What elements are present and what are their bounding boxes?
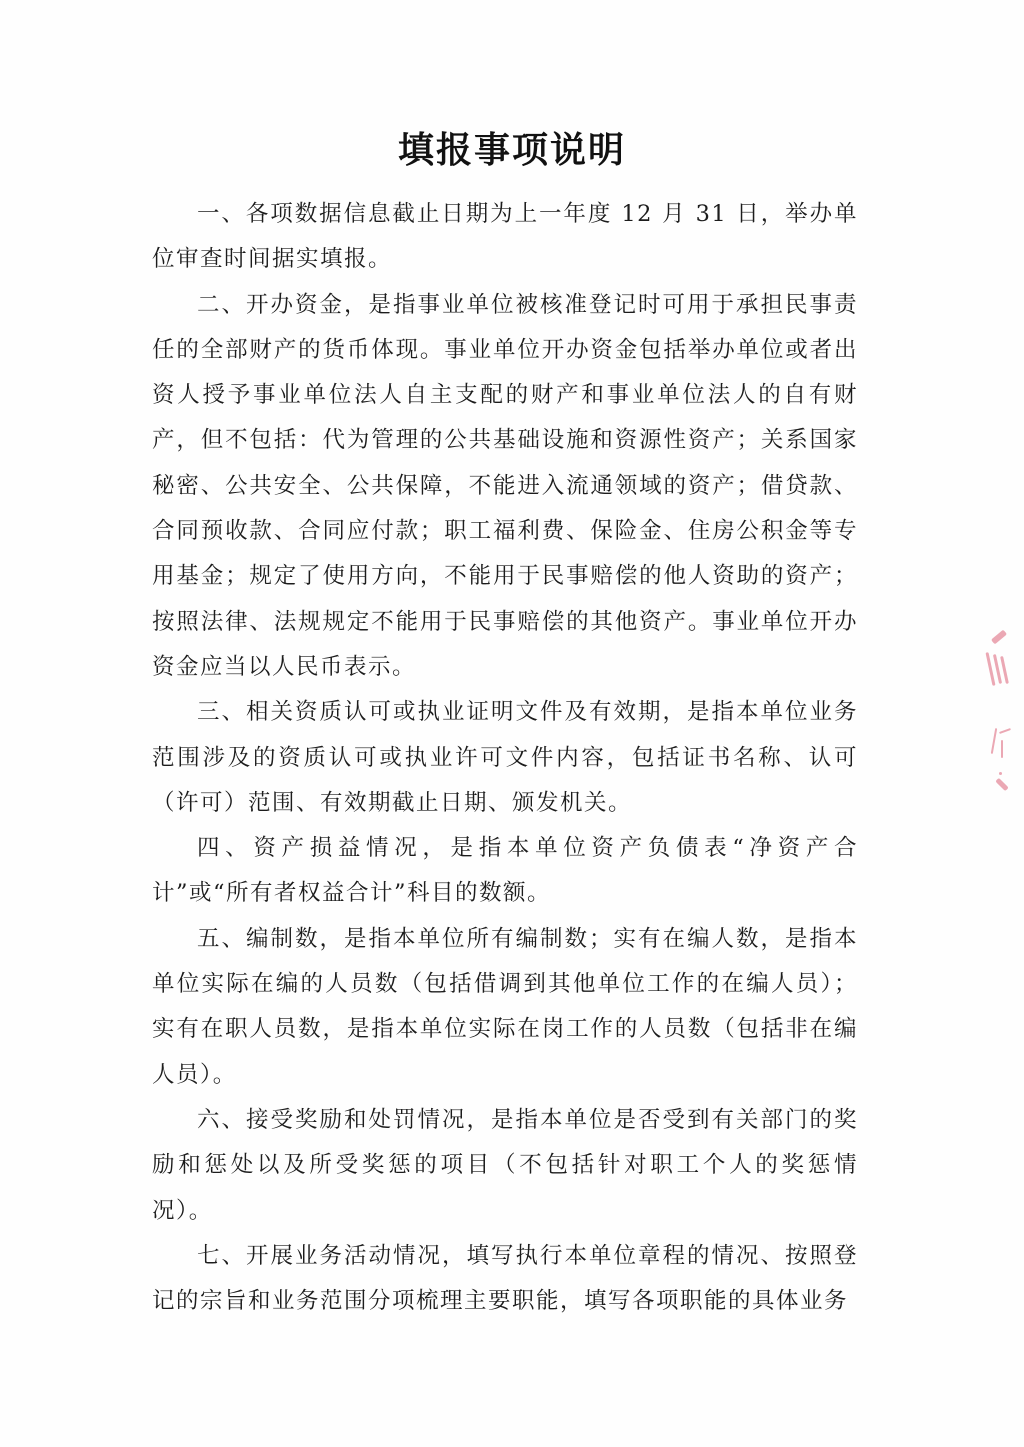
paragraph-3: 三、相关资质认可或执业证明文件及有效期，是指本单位业务范围涉及的资质认可或执业许… (152, 690, 858, 826)
paragraph-1: 一、各项数据信息截止日期为上一年度 12 月 31 日，举办单位审查时间据实填报… (152, 192, 858, 283)
paragraph-5: 五、编制数，是指本单位所有编制数；实有在编人数，是指本单位实际在编的人员数（包括… (152, 917, 858, 1098)
page-title: 填报事项说明 (0, 122, 1024, 173)
seal-stamp-edge-icon (985, 630, 1015, 795)
paragraph-2: 二、开办资金，是指事业单位被核准登记时可用于承担民事责任的全部财产的货币体现。事… (152, 283, 858, 691)
document-body: 一、各项数据信息截止日期为上一年度 12 月 31 日，举办单位审查时间据实填报… (152, 192, 858, 1324)
paragraph-4: 四、资产损益情况，是指本单位资产负债表“净资产合计”或“所有者权益合计”科目的数… (152, 826, 858, 917)
paragraph-7: 七、开展业务活动情况，填写执行本单位章程的情况、按照登记的宗旨和业务范围分项梳理… (152, 1234, 858, 1325)
paragraph-6: 六、接受奖励和处罚情况，是指本单位是否受到有关部门的奖励和惩处以及所受奖惩的项目… (152, 1098, 858, 1234)
document-page: 填报事项说明 一、各项数据信息截止日期为上一年度 12 月 31 日，举办单位审… (0, 0, 1024, 1447)
